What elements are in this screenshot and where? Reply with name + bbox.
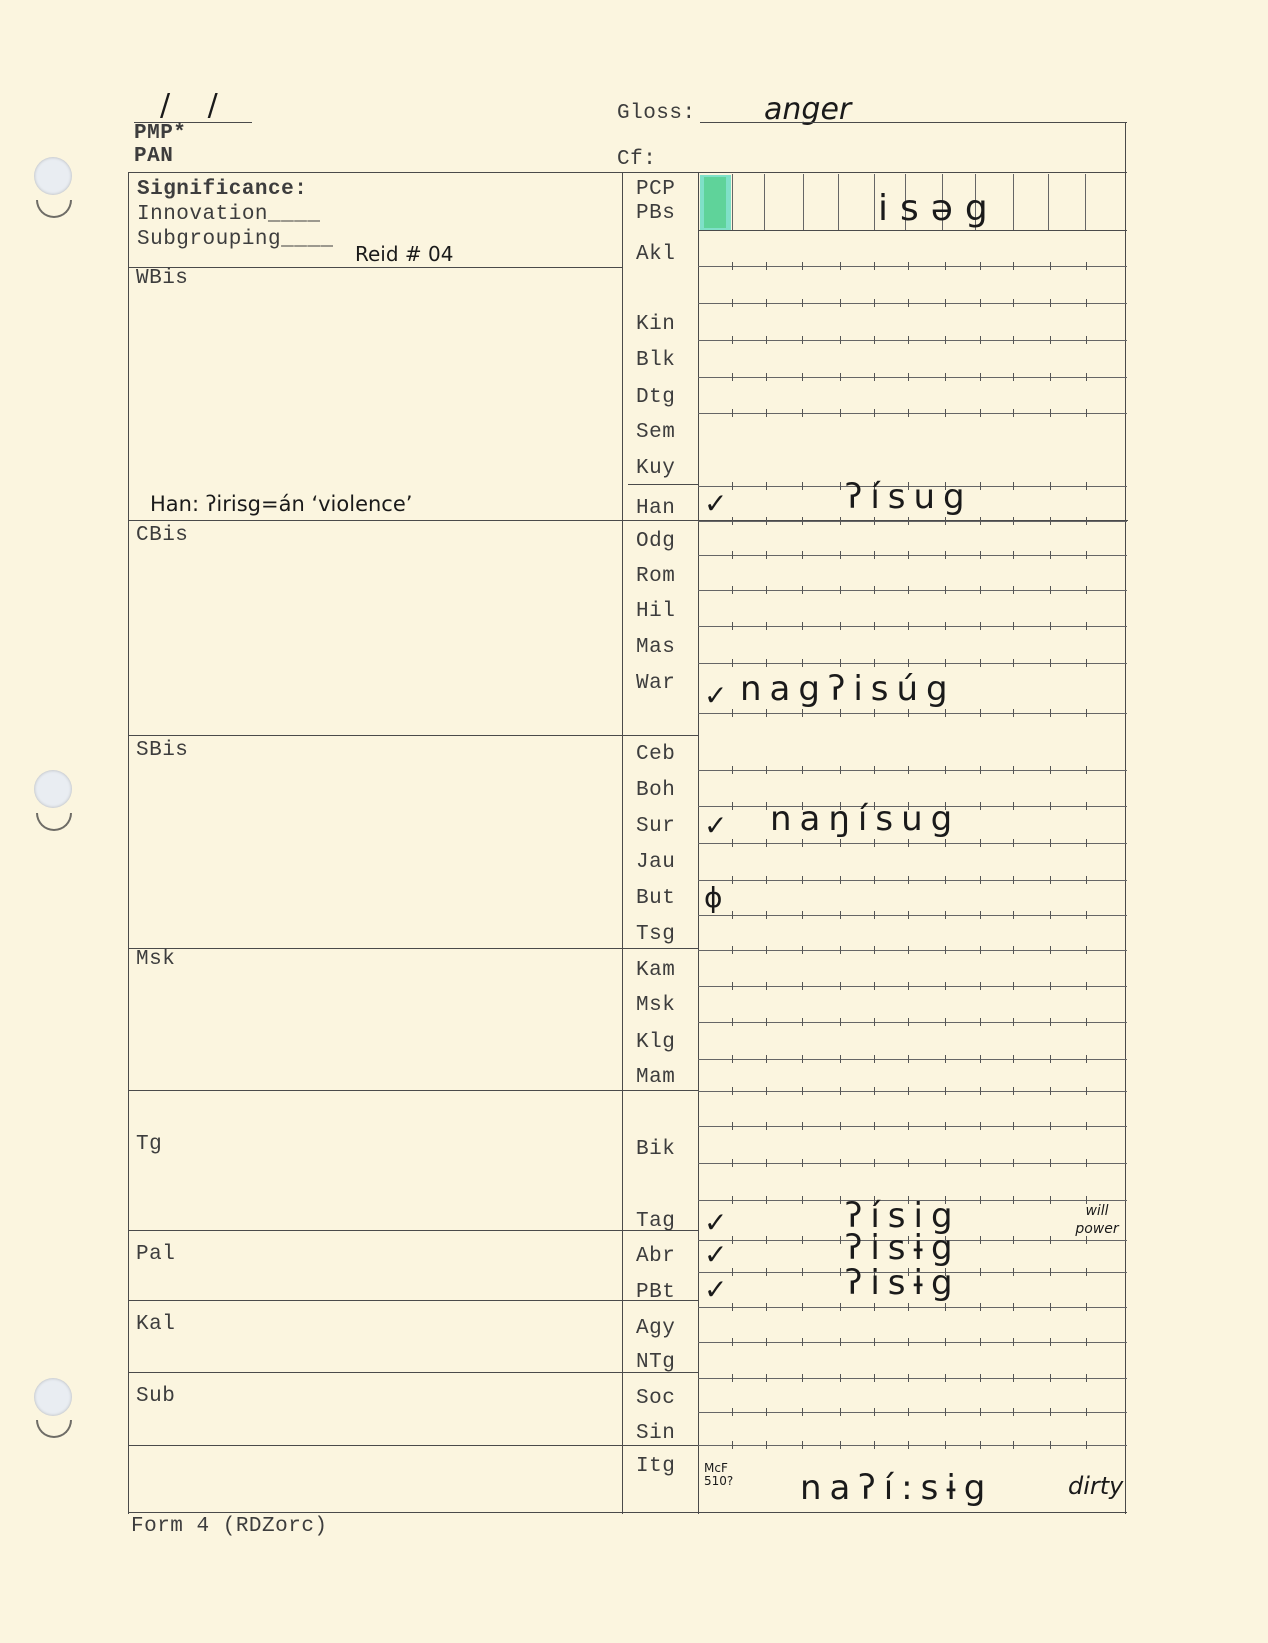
- language-label-blk: Blk: [636, 349, 696, 372]
- grid-tick: [840, 766, 841, 774]
- grid-tick: [766, 1268, 767, 1276]
- grid-tick: [1086, 876, 1087, 884]
- grid-tick: [945, 1122, 946, 1130]
- check-mark: ✓: [704, 1238, 727, 1271]
- entry-grid-line: [698, 986, 1127, 987]
- grid-tick: [908, 336, 909, 344]
- entry-grid-line: [698, 1091, 1127, 1092]
- grid-tick: [980, 622, 981, 630]
- cognate-form: naʔí:sɨg: [800, 1468, 993, 1508]
- grid-tick: [1050, 262, 1051, 270]
- grid-tick: [908, 409, 909, 417]
- binder-hole-shadow: [36, 1420, 72, 1438]
- section-divider: [128, 1372, 698, 1373]
- grid-tick: [766, 336, 767, 344]
- grid-tick: [1050, 876, 1051, 884]
- grid-tick: [840, 336, 841, 344]
- entry-grid-line: [698, 555, 1127, 556]
- grid-tick: [874, 876, 875, 884]
- language-label-bik: Bik: [636, 1138, 696, 1161]
- grid-tick: [1013, 1018, 1014, 1026]
- grid-tick: [980, 1441, 981, 1449]
- entry-grid-line: [698, 626, 1127, 627]
- grid-tick: [1013, 482, 1014, 490]
- grid-tick: [802, 336, 803, 344]
- entry-grid-line: [698, 880, 1127, 881]
- entry-grid-line: [698, 663, 1127, 664]
- grid-tick: [802, 982, 803, 990]
- grid-tick: [908, 709, 909, 717]
- grid-tick: [874, 1303, 875, 1311]
- grid-tick: [766, 482, 767, 490]
- grid-tick: [874, 709, 875, 717]
- grid-tick: [1013, 1196, 1014, 1204]
- grid-tick: [1013, 299, 1014, 307]
- grid-tick: [1050, 1087, 1051, 1095]
- grid-tick: [1013, 1303, 1014, 1311]
- grid-tick: [840, 1159, 841, 1167]
- grid-tick: [732, 946, 733, 954]
- grid-tick: [1013, 911, 1014, 919]
- grid-tick: [766, 659, 767, 667]
- grid-tick: [980, 946, 981, 954]
- grid-tick: [1086, 1303, 1087, 1311]
- grid-tick: [802, 1338, 803, 1346]
- language-label-odg: Odg: [636, 530, 696, 553]
- grid-tick: [1050, 373, 1051, 381]
- grid-tick: [766, 1374, 767, 1382]
- grid-tick: [980, 1087, 981, 1095]
- grid-tick: [732, 1303, 733, 1311]
- grid-tick: [908, 946, 909, 954]
- grid-tick: [1086, 551, 1087, 559]
- section-divider: [128, 1445, 698, 1446]
- grid-tick: [732, 709, 733, 717]
- grid-tick: [945, 1441, 946, 1449]
- grid-tick: [840, 839, 841, 847]
- entry-grid-line: [698, 1378, 1127, 1379]
- grid-tick: [908, 1018, 909, 1026]
- grid-tick: [945, 622, 946, 630]
- grid-tick: [908, 622, 909, 630]
- cognate-form: nagʔisúg: [740, 669, 956, 709]
- check-mark: ✓: [704, 809, 727, 842]
- entry-grid-line: [698, 950, 1127, 951]
- language-label-sin: Sin: [636, 1422, 696, 1445]
- grid-tick: [945, 709, 946, 717]
- grid-tick: [980, 517, 981, 525]
- grid-tick: [840, 373, 841, 381]
- significance-divider: [128, 267, 622, 268]
- grid-tick: [840, 982, 841, 990]
- grid-tick: [945, 551, 946, 559]
- entry-grid-line: [698, 1126, 1127, 1127]
- kuy-underline: [628, 484, 698, 485]
- grid-tick: [732, 299, 733, 307]
- check-mark: ✓: [704, 679, 727, 712]
- grid-tick: [1086, 982, 1087, 990]
- grid-tick: [1050, 1303, 1051, 1311]
- grid-tick: [945, 1338, 946, 1346]
- grid-tick: [732, 482, 733, 490]
- grid-tick: [945, 1303, 946, 1311]
- grid-tick: [1086, 1087, 1087, 1095]
- entry-grid-line: [698, 377, 1127, 378]
- grid-tick: [1086, 1268, 1087, 1276]
- grid-tick: [1086, 659, 1087, 667]
- grid-tick: [1050, 586, 1051, 594]
- grid-tick: [980, 1408, 981, 1416]
- grid-tick: [945, 1408, 946, 1416]
- grid-tick: [908, 1159, 909, 1167]
- grid-tick: [980, 1268, 981, 1276]
- language-label-boh: Boh: [636, 779, 696, 802]
- grid-tick: [732, 262, 733, 270]
- date-field: / /: [160, 88, 232, 123]
- grid-tick: [908, 373, 909, 381]
- grid-tick: [732, 876, 733, 884]
- grid-tick: [874, 766, 875, 774]
- grid-tick: [874, 299, 875, 307]
- grid-tick: [732, 586, 733, 594]
- grid-tick: [1013, 709, 1014, 717]
- entry-grid-line: [698, 413, 1127, 414]
- grid-tick: [802, 839, 803, 847]
- section-label-tg: Tg: [136, 1133, 162, 1156]
- grid-tick: [980, 336, 981, 344]
- grid-tick: [980, 1196, 981, 1204]
- grid-tick: [732, 1408, 733, 1416]
- grid-tick: [840, 1122, 841, 1130]
- subgrouping-field[interactable]: Subgrouping____: [137, 228, 334, 251]
- grid-tick: [840, 709, 841, 717]
- pcp-label: PCP: [636, 178, 675, 201]
- section-label-cbis: CBis: [136, 524, 188, 547]
- column-divider: [622, 172, 623, 1514]
- grid-tick: [1013, 262, 1014, 270]
- grid-tick: [1086, 1122, 1087, 1130]
- entry-grid-line: [698, 1163, 1127, 1164]
- reconstruction-column-divider: [764, 174, 765, 230]
- grid-tick: [766, 709, 767, 717]
- grid-tick: [732, 1159, 733, 1167]
- grid-tick: [1086, 1018, 1087, 1026]
- reconstruction-column-divider: [1048, 174, 1049, 230]
- binder-hole-shadow: [36, 200, 72, 218]
- significance-title: Significance:: [137, 178, 307, 201]
- grid-tick: [908, 659, 909, 667]
- grid-tick: [908, 982, 909, 990]
- grid-tick: [908, 1338, 909, 1346]
- grid-tick: [766, 622, 767, 630]
- grid-tick: [980, 1018, 981, 1026]
- form-footer: Form 4 (RDZorc): [131, 1515, 328, 1538]
- grid-tick: [732, 551, 733, 559]
- grid-tick: [802, 709, 803, 717]
- grid-tick: [980, 1122, 981, 1130]
- grid-tick: [732, 1196, 733, 1204]
- grid-tick: [840, 1303, 841, 1311]
- language-label-dtg: Dtg: [636, 386, 696, 409]
- grid-tick: [840, 946, 841, 954]
- grid-tick: [874, 409, 875, 417]
- grid-tick: [980, 802, 981, 810]
- grid-tick: [945, 1018, 946, 1026]
- grid-tick: [840, 299, 841, 307]
- grid-tick: [802, 911, 803, 919]
- language-label-han: Han: [636, 497, 696, 520]
- grid-tick: [840, 409, 841, 417]
- language-label-kuy: Kuy: [636, 457, 696, 480]
- grid-tick: [1050, 766, 1051, 774]
- grid-tick: [732, 1268, 733, 1276]
- grid-tick: [766, 517, 767, 525]
- grid-tick: [1013, 1408, 1014, 1416]
- reconstruction-column-divider: [732, 174, 733, 230]
- entry-grid-line: [698, 303, 1127, 304]
- innovation-field[interactable]: Innovation____: [137, 203, 320, 226]
- grid-tick: [802, 1122, 803, 1130]
- grid-tick: [1013, 622, 1014, 630]
- grid-tick: [1050, 1122, 1051, 1130]
- grid-tick: [945, 299, 946, 307]
- grid-tick: [1050, 1374, 1051, 1382]
- grid-tick: [732, 839, 733, 847]
- check-mark: ✓: [704, 1273, 727, 1306]
- section-divider: [128, 1090, 698, 1091]
- language-label-abr: Abr: [636, 1245, 696, 1268]
- grid-tick: [840, 911, 841, 919]
- grid-tick: [1050, 839, 1051, 847]
- language-label-ceb: Ceb: [636, 743, 696, 766]
- grid-tick: [1013, 1055, 1014, 1063]
- grid-tick: [840, 1374, 841, 1382]
- check-mark: ✓: [704, 487, 727, 520]
- grid-tick: [766, 373, 767, 381]
- grid-tick: [732, 1236, 733, 1244]
- grid-tick: [1086, 1408, 1087, 1416]
- binder-hole-shadow: [36, 813, 72, 831]
- grid-tick: [1050, 946, 1051, 954]
- grid-tick: [980, 1236, 981, 1244]
- grid-tick: [908, 517, 909, 525]
- grid-tick: [802, 551, 803, 559]
- language-label-mam: Mam: [636, 1066, 696, 1089]
- grid-tick: [908, 1055, 909, 1063]
- grid-tick: [802, 1159, 803, 1167]
- grid-tick: [1086, 517, 1087, 525]
- grid-tick: [945, 659, 946, 667]
- grid-tick: [732, 1087, 733, 1095]
- reconstruction-column-divider: [1013, 174, 1014, 230]
- grid-tick: [908, 551, 909, 559]
- absent-marker: ϕ: [704, 881, 722, 914]
- cognate-gloss: dirty: [1068, 1472, 1123, 1500]
- grid-tick: [945, 373, 946, 381]
- frame-top: [128, 172, 1127, 173]
- reconstruction-column-divider: [874, 174, 875, 230]
- grid-tick: [1013, 1236, 1014, 1244]
- grid-tick: [802, 1268, 803, 1276]
- grid-tick: [802, 1303, 803, 1311]
- grid-tick: [1086, 299, 1087, 307]
- grid-tick: [802, 659, 803, 667]
- entry-grid-line: [698, 843, 1127, 844]
- grid-tick: [945, 1159, 946, 1167]
- grid-tick: [980, 766, 981, 774]
- grid-tick: [766, 802, 767, 810]
- grid-tick: [1050, 659, 1051, 667]
- grid-tick: [1086, 802, 1087, 810]
- grid-tick: [1050, 1268, 1051, 1276]
- grid-tick: [908, 1303, 909, 1311]
- language-label-mas: Mas: [636, 636, 696, 659]
- grid-tick: [908, 1122, 909, 1130]
- grid-tick: [802, 299, 803, 307]
- grid-tick: [1013, 1441, 1014, 1449]
- section-divider: [128, 1300, 698, 1301]
- grid-tick: [840, 551, 841, 559]
- grid-tick: [1050, 982, 1051, 990]
- grid-tick: [802, 1374, 803, 1382]
- language-label-jau: Jau: [636, 851, 696, 874]
- grid-tick: [840, 659, 841, 667]
- gloss-label: Gloss:: [617, 102, 696, 125]
- grid-tick: [1013, 802, 1014, 810]
- grid-tick: [766, 1122, 767, 1130]
- section-label-kal: Kal: [136, 1313, 175, 1336]
- grid-tick: [1086, 373, 1087, 381]
- grid-tick: [874, 1018, 875, 1026]
- grid-tick: [980, 262, 981, 270]
- grid-tick: [945, 876, 946, 884]
- grid-tick: [874, 373, 875, 381]
- grid-tick: [1013, 409, 1014, 417]
- grid-tick: [1050, 299, 1051, 307]
- binder-hole: [34, 157, 72, 195]
- grid-tick: [1013, 1268, 1014, 1276]
- grid-tick: [840, 1268, 841, 1276]
- grid-tick: [802, 517, 803, 525]
- grid-tick: [945, 336, 946, 344]
- pan-label: PAN: [134, 145, 173, 168]
- language-label-but: But: [636, 887, 696, 910]
- grid-tick: [840, 586, 841, 594]
- grid-tick: [732, 802, 733, 810]
- right-box-edge-top: [1125, 122, 1126, 174]
- language-label-kam: Kam: [636, 959, 696, 982]
- grid-tick: [840, 1236, 841, 1244]
- grid-tick: [766, 1303, 767, 1311]
- grid-tick: [1013, 373, 1014, 381]
- binder-hole: [34, 770, 72, 808]
- grid-tick: [874, 586, 875, 594]
- grid-tick: [1086, 1338, 1087, 1346]
- grid-tick: [874, 839, 875, 847]
- grid-tick: [802, 1087, 803, 1095]
- section-divider: [128, 948, 698, 949]
- pmp-label: PMP*: [134, 122, 186, 145]
- grid-tick: [840, 1408, 841, 1416]
- grid-tick: [766, 982, 767, 990]
- entry-grid-line: [698, 1022, 1127, 1023]
- grid-tick: [874, 1408, 875, 1416]
- entry-grid-line: [698, 713, 1127, 714]
- grid-tick: [945, 517, 946, 525]
- grid-tick: [980, 1159, 981, 1167]
- grid-tick: [908, 1441, 909, 1449]
- grid-tick: [1050, 1018, 1051, 1026]
- grid-tick: [1086, 766, 1087, 774]
- reconstruction-column-divider: [1085, 174, 1086, 230]
- grid-tick: [732, 1338, 733, 1346]
- grid-tick: [1050, 409, 1051, 417]
- grid-tick: [1086, 709, 1087, 717]
- grid-tick: [874, 659, 875, 667]
- grid-tick: [1013, 1374, 1014, 1382]
- language-label-soc: Soc: [636, 1387, 696, 1410]
- grid-tick: [908, 586, 909, 594]
- grid-tick: [732, 517, 733, 525]
- grid-tick: [945, 982, 946, 990]
- grid-tick: [1013, 336, 1014, 344]
- grid-tick: [840, 1196, 841, 1204]
- grid-tick: [1013, 517, 1014, 525]
- grid-tick: [802, 876, 803, 884]
- grid-tick: [802, 1196, 803, 1204]
- grid-tick: [874, 622, 875, 630]
- section-note: Han: ʔirisg=án ‘violence’: [150, 492, 412, 516]
- grid-tick: [802, 766, 803, 774]
- grid-tick: [1050, 517, 1051, 525]
- grid-tick: [1050, 802, 1051, 810]
- grid-tick: [980, 876, 981, 884]
- entry-grid-line: [698, 915, 1127, 916]
- frame-bottom: [128, 1512, 1127, 1513]
- section-label-pal: Pal: [136, 1243, 175, 1266]
- section-label-sbis: SBis: [136, 739, 188, 762]
- grid-tick: [874, 982, 875, 990]
- grid-tick: [945, 839, 946, 847]
- grid-tick: [802, 482, 803, 490]
- grid-tick: [732, 766, 733, 774]
- source-note: McF 510?: [704, 1462, 744, 1488]
- grid-tick: [1086, 911, 1087, 919]
- language-label-agy: Agy: [636, 1317, 696, 1340]
- grid-tick: [1086, 482, 1087, 490]
- grid-tick: [802, 946, 803, 954]
- grid-tick: [945, 262, 946, 270]
- grid-tick: [945, 766, 946, 774]
- grid-tick: [874, 1338, 875, 1346]
- language-label-msk: Msk: [636, 994, 696, 1017]
- grid-tick: [945, 1374, 946, 1382]
- cognate-form: ʔísug: [845, 477, 973, 517]
- grid-tick: [766, 946, 767, 954]
- entry-grid-line: [698, 1059, 1127, 1060]
- grid-tick: [766, 839, 767, 847]
- language-label-tag: Tag: [636, 1210, 696, 1233]
- grid-tick: [980, 1055, 981, 1063]
- grid-tick: [766, 1018, 767, 1026]
- grid-tick: [840, 1055, 841, 1063]
- highlight-swatch-inner: [704, 177, 726, 228]
- grid-tick: [874, 517, 875, 525]
- check-mark: ✓: [704, 1206, 727, 1239]
- grid-tick: [874, 1441, 875, 1449]
- grid-tick: [840, 482, 841, 490]
- grid-tick: [1050, 1236, 1051, 1244]
